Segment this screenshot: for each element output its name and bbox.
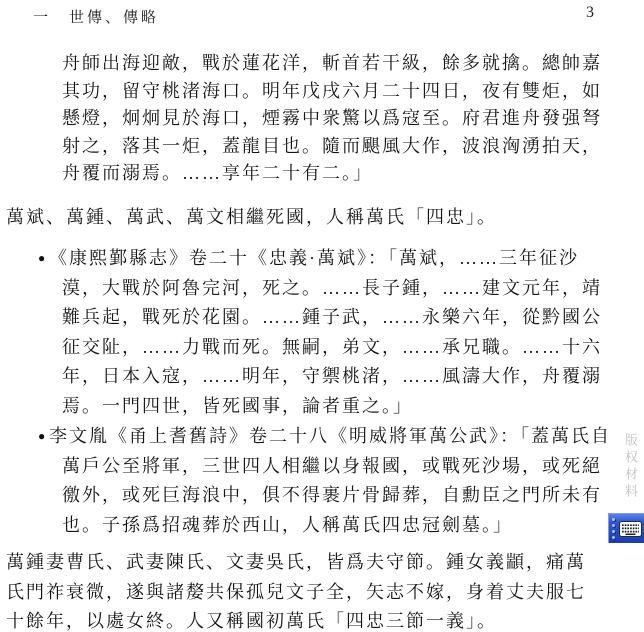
copyright-watermark: 版权材料: [621, 433, 640, 501]
paragraph: 萬鍾妻曹氏、武妻陳氏、文妻吳氏，皆爲夫守節。鍾女義顓，痛萬 氏門祚衰微，遂與諸嫠…: [6, 548, 586, 632]
quote-line: 射之，落其一炬，蓋龍目也。隨而颶風大作，波浪洶湧拍天，: [62, 133, 602, 161]
citation-bullet-item: ● 《康熙鄞縣志》卷二十《忠義·萬斌》：「萬斌，……三年征沙 漠，大戰於阿魯完河…: [0, 244, 644, 421]
quote-line: 舟覆而溺焉。……享年二十有二。」: [62, 160, 602, 188]
citation-line: 難兵起，戰死於花園。……鍾子武，……永樂六年，從黔國公: [62, 303, 644, 333]
book-page: 一 世傳、傳略 3 舟師出海迎敵，戰於蓮花洋，斬首若干級，餘多就擒。總帥嘉 其功…: [0, 0, 644, 632]
keyboard-icon: [619, 521, 642, 537]
quote-line: 舟師出海迎敵，戰於蓮花洋，斬首若干級，餘多就擒。總帥嘉: [62, 50, 602, 78]
citation-line: 漠，大戰於阿魯完河，死之。……長子鍾，……建文元年，靖: [62, 274, 644, 304]
quote-line: 懸燈，炯炯見於海口，煙霧中衆驚以爲寇至。府君進舟發强弩: [62, 105, 602, 133]
drag-handle: [612, 518, 615, 539]
citation-line: 《康熙鄞縣志》卷二十《忠義·萬斌》：「萬斌，……三年征沙: [49, 244, 644, 274]
bullet-marker: ●: [38, 244, 45, 274]
citation-line: 也。子孫爲招魂葬於西山，人稱萬氏四忠冠劍墓。」: [62, 511, 644, 541]
paragraph-line: 十餘年，以處女終。人又稱國初萬氏「四忠三節一義」。: [6, 607, 586, 632]
paragraph-line: 萬斌、萬鍾、萬武、萬文相繼死國，人稱萬氏「四忠」。: [6, 204, 497, 232]
citation-line: 征交阯，……力戰而死。無嗣，弟文，……承兄職。……十六: [62, 333, 644, 363]
page-number: 3: [586, 4, 594, 22]
paragraph-line: 氏門祚衰微，遂與諸嫠共保孤兒文子全，矢志不嫁，身着丈夫服七: [6, 578, 586, 608]
citation-line: 李文胤《甬上耆舊詩》卷二十八《明威將軍萬公武》：「蓋萬氏自: [49, 422, 644, 452]
citation-line: 焉。一門四世，皆死國事，論者重之。」: [62, 392, 644, 422]
citation-line: 徼外，或死巨海浪中，俱不得裹片骨歸葬，自勳臣之門所未有: [62, 481, 644, 511]
quote-line: 其功，留守桃渚海口。明年戊戌六月二十四日，夜有雙炬，如: [62, 78, 602, 106]
bullet-marker: ●: [38, 422, 45, 452]
citation-bullet-item: ● 李文胤《甬上耆舊詩》卷二十八《明威將軍萬公武》：「蓋萬氏自 萬戶公至將軍，三…: [0, 422, 644, 540]
paragraph-line: 萬鍾妻曹氏、武妻陳氏、文妻吳氏，皆爲夫守節。鍾女義顓，痛萬: [6, 548, 586, 578]
chapter-header: 一 世傳、傳略: [33, 6, 159, 26]
citation-line: 萬戶公至將軍，三世四人相繼以身報國，或戰死沙場，或死絕: [62, 452, 644, 482]
block-quote: 舟師出海迎敵，戰於蓮花洋，斬首若干級，餘多就擒。總帥嘉 其功，留守桃渚海口。明年…: [62, 50, 602, 188]
citation-line: 年，日本入寇，……明年，守禦桃渚，……風濤大作，舟覆溺: [62, 362, 644, 392]
paragraph: 萬斌、萬鍾、萬武、萬文相繼死國，人稱萬氏「四忠」。: [6, 204, 497, 232]
language-bar-keyboard-button[interactable]: [608, 513, 644, 543]
